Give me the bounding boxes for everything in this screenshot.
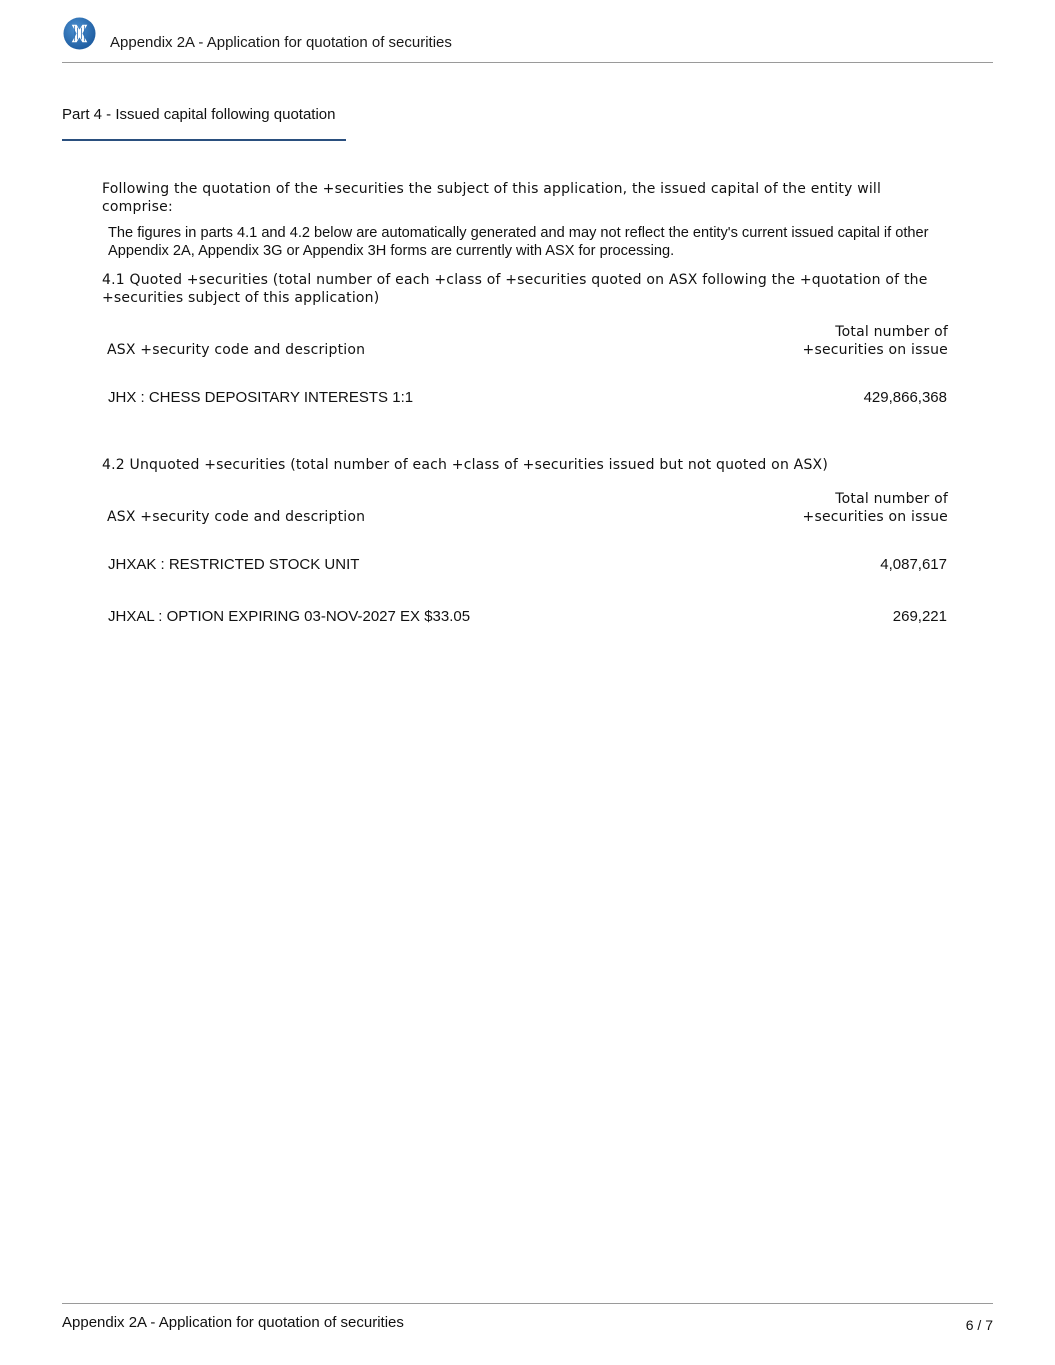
quoted-col-total-line2: +securities on issue — [803, 341, 948, 359]
intro-text: Following the quotation of the +securiti… — [102, 180, 952, 216]
quoted-col-total-header: Total number of +securities on issue — [803, 323, 948, 359]
security-code: JHXAL : OPTION EXPIRING 03-NOV-2027 EX $… — [108, 608, 470, 625]
unquoted-heading: 4.2 Unquoted +securities (total number o… — [102, 456, 952, 474]
security-code: JHXAK : RESTRICTED STOCK UNIT — [108, 556, 359, 573]
part-title: Part 4 - Issued capital following quotat… — [62, 106, 336, 123]
footer-title: Appendix 2A - Application for quotation … — [62, 1314, 404, 1331]
header-title: Appendix 2A - Application for quotation … — [110, 34, 452, 51]
quoted-col-total-line1: Total number of — [803, 323, 948, 341]
unquoted-col-total-line2: +securities on issue — [803, 508, 948, 526]
security-code: JHX : CHESS DEPOSITARY INTERESTS 1:1 — [108, 389, 413, 406]
quoted-heading: 4.1 Quoted +securities (total number of … — [102, 271, 952, 307]
security-total: 269,221 — [893, 608, 947, 625]
part-title-underline — [62, 139, 346, 141]
unquoted-col-total-header: Total number of +securities on issue — [803, 490, 948, 526]
security-total: 429,866,368 — [864, 389, 947, 406]
page-number: 6 / 7 — [966, 1317, 993, 1333]
intro-note: The figures in parts 4.1 and 4.2 below a… — [108, 224, 953, 260]
quoted-col-code-header: ASX +security code and description — [107, 342, 365, 358]
page-header: Appendix 2A - Application for quotation … — [62, 16, 993, 63]
unquoted-col-total-line1: Total number of — [803, 490, 948, 508]
unquoted-col-code-header: ASX +security code and description — [107, 509, 365, 525]
asx-logo-icon — [63, 17, 96, 50]
footer-divider — [62, 1303, 993, 1304]
security-total: 4,087,617 — [880, 556, 947, 573]
